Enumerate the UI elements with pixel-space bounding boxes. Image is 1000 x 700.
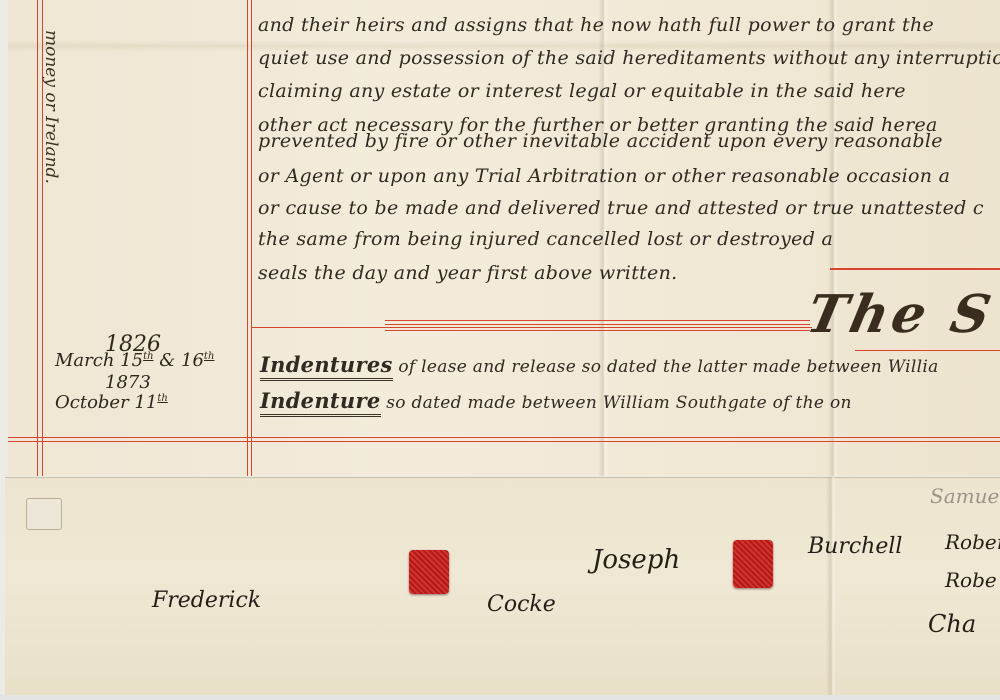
body-line: seals the day and year first above writt… bbox=[258, 262, 677, 284]
body-line: or cause to be made and delivered true a… bbox=[258, 197, 984, 219]
signature-faint: Samuel bbox=[930, 484, 1000, 508]
body-line: prevented by fire or other inevitable ac… bbox=[258, 130, 943, 152]
date-suffix: th bbox=[204, 351, 214, 362]
bottom-rule bbox=[8, 437, 1000, 438]
body-line: quiet use and possession of the said her… bbox=[258, 47, 1000, 69]
signature: Cocke bbox=[487, 592, 556, 617]
entry-heading: Indentures bbox=[260, 352, 393, 381]
signature: Frederick bbox=[152, 588, 261, 613]
date-text: March 15 bbox=[55, 350, 143, 371]
margin-rule bbox=[251, 0, 252, 476]
body-line: claiming any estate or interest legal or… bbox=[258, 80, 906, 102]
signature: Robe bbox=[945, 568, 997, 592]
schedule-rule bbox=[252, 327, 812, 328]
body-line: and their heirs and assigns that he now … bbox=[258, 14, 934, 36]
fold-crease bbox=[826, 477, 836, 695]
schedule-heading: The S bbox=[802, 284, 1000, 345]
entry-text: so dated made between William Southgate … bbox=[386, 393, 852, 413]
signature: Robert bbox=[945, 530, 1000, 554]
entry-heading: Indenture bbox=[260, 388, 381, 417]
signature: Joseph bbox=[592, 545, 680, 575]
body-line: the same from being injured cancelled lo… bbox=[258, 228, 833, 250]
schedule-rule bbox=[385, 324, 810, 325]
signature: Burchell bbox=[808, 534, 902, 559]
wax-seal bbox=[733, 540, 773, 588]
bottom-rule bbox=[8, 441, 1000, 442]
date-text: & 16 bbox=[154, 350, 204, 371]
body-line: or Agent or upon any Trial Arbitration o… bbox=[258, 165, 950, 187]
schedule-rule bbox=[855, 350, 1000, 351]
scan-background bbox=[0, 695, 1000, 700]
date-suffix: th bbox=[143, 351, 153, 362]
date-year-1873: 1873 bbox=[105, 372, 151, 393]
schedule-entry: Indenture so dated made between William … bbox=[260, 388, 852, 413]
schedule-entry: Indentures of lease and release so dated… bbox=[260, 352, 939, 377]
tag-slot bbox=[26, 498, 62, 530]
margin-rule bbox=[247, 0, 248, 476]
date-march: March 15th & 16th bbox=[55, 350, 214, 371]
date-text: October 11 bbox=[55, 392, 157, 413]
margin-rule bbox=[37, 0, 38, 476]
closing-rule bbox=[830, 268, 1000, 270]
signature: Cha bbox=[928, 610, 976, 638]
margin-note: money or Ireland. bbox=[41, 30, 61, 184]
wax-seal bbox=[409, 550, 449, 594]
date-october: October 11th bbox=[55, 392, 168, 413]
signature-sheet bbox=[5, 477, 1000, 696]
schedule-rule bbox=[385, 320, 810, 321]
schedule-rule bbox=[385, 330, 810, 331]
entry-text: of lease and release so dated the latter… bbox=[398, 357, 938, 377]
date-suffix: th bbox=[157, 393, 167, 404]
